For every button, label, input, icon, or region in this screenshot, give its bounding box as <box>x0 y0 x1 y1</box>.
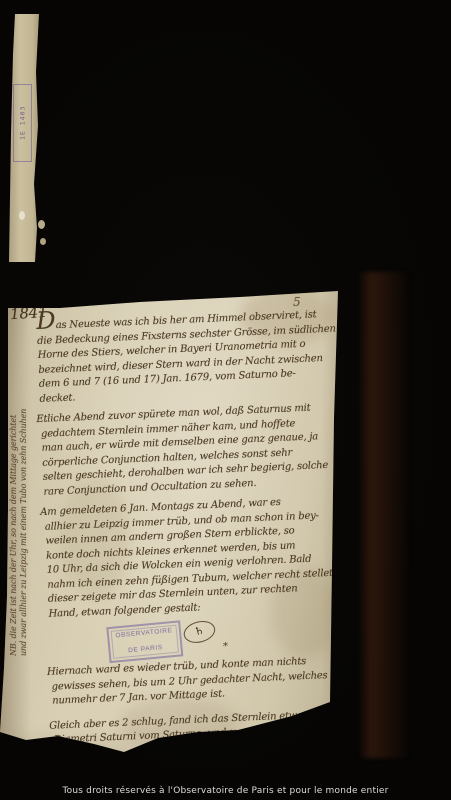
ms-paragraph-2: Etliche Abend zuvor spürete man wol, daß… <box>40 400 349 500</box>
stamp-line-2: DE PARIS <box>128 641 164 659</box>
ms-paragraph-3: Am gemeldeten 6 Jan. Montags zu Abend, w… <box>44 493 355 622</box>
manuscript-text: Das Neueste was ich bis her am Himmel ob… <box>36 301 360 748</box>
saturn-symbol-icon: ♄ <box>193 624 206 641</box>
book-fore-edge <box>358 272 410 758</box>
saturn-sketch: ♄ <box>181 618 217 646</box>
paper-speck <box>19 211 25 220</box>
paper-fragment <box>38 220 45 229</box>
margin-note-line-1: NB. die Zeit ist nach der Uhr, so nach d… <box>9 384 19 656</box>
photo-background: 1E 1403 1841 5 Das Neueste was ich bis h… <box>0 0 451 800</box>
observatoire-de-paris-stamp: OBSERVATOIRE DE PARIS <box>106 620 183 663</box>
ms-paragraph-5: Gleich aber es 2 schlug, fand ich das St… <box>53 706 360 748</box>
shelfmark-label: 1E 1403 <box>13 84 32 162</box>
stamp-line-1: OBSERVATOIRE <box>115 624 173 644</box>
paper-fragment <box>40 238 46 245</box>
rights-caption: Tous droits réservés à l'Observatoire de… <box>0 786 451 796</box>
ms-paragraph-1: Das Neueste was ich bis her am Himmel ob… <box>36 301 346 407</box>
star-mark-icon: ∗ <box>222 638 229 653</box>
manuscript-page: 1841 5 Das Neueste was ich bis her am Hi… <box>0 268 346 770</box>
binding-strip: 1E 1403 <box>8 14 39 262</box>
margin-note-line-2: und zwar allhier zu Leipzig mit einem Tu… <box>19 384 29 656</box>
rotated-margin-note: NB. die Zeit ist nach der Uhr, so nach d… <box>9 384 28 656</box>
